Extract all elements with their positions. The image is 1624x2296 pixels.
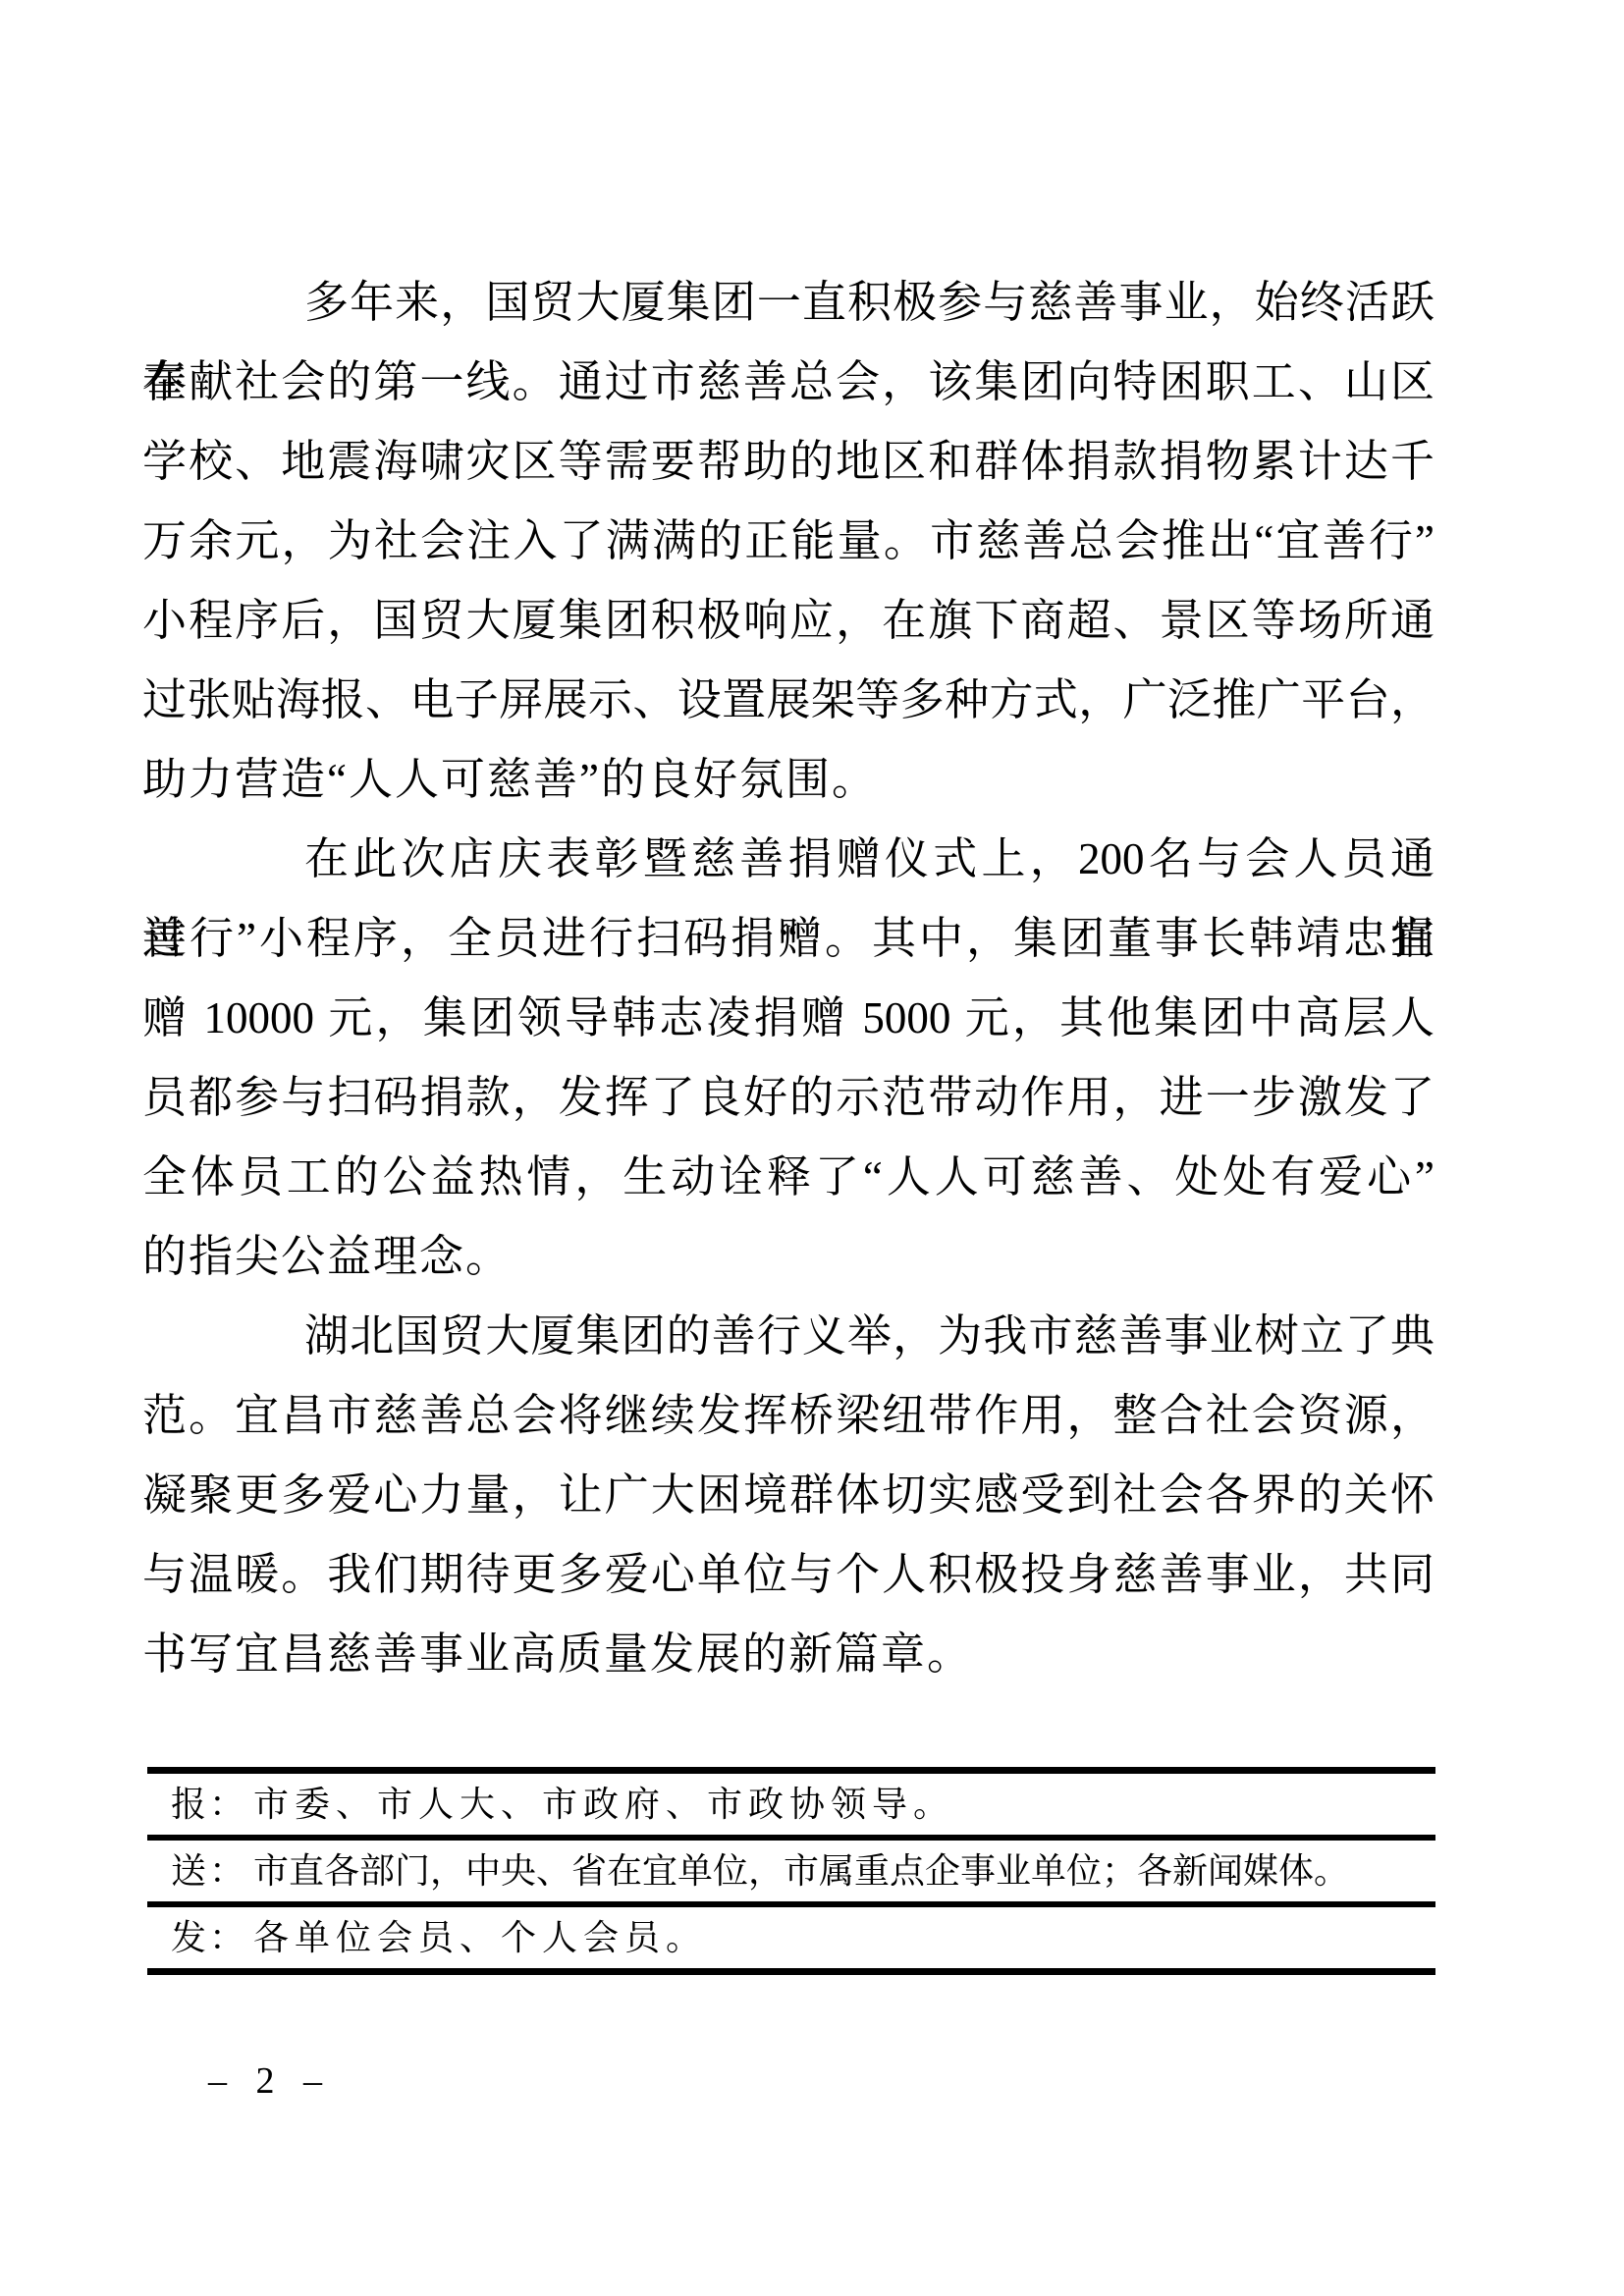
body-line: 万余元，为社会注入了满满的正能量。市慈善总会推出“宜善行”: [142, 502, 1435, 581]
body-line: 湖北国贸大厦集团的善行义举，为我市慈善事业树立了典: [142, 1297, 1435, 1376]
body-line: 范。宜昌市慈善总会将继续发挥桥梁纽带作用，整合社会资源，: [142, 1376, 1435, 1456]
distribution-row-report: 报：市委、市人大、市政府、市政协领导。: [147, 1774, 1435, 1841]
body-line: 的指尖公益理念。: [142, 1217, 1435, 1297]
distribution-row-issue: 发：各单位会员、个人会员。: [147, 1907, 1435, 1968]
body-line: 员都参与扫码捐款，发挥了良好的示范带动作用，进一步激发了: [142, 1058, 1435, 1138]
body-line: 小程序后，国贸大厦集团积极响应，在旗下商超、景区等场所通: [142, 581, 1435, 661]
body-line: 奉献社会的第一线。通过市慈善总会，该集团向特困职工、山区: [142, 343, 1435, 422]
document-page: 多年来，国贸大厦集团一直积极参与慈善事业，始终活跃在 奉献社会的第一线。通过市慈…: [0, 0, 1624, 2296]
body-line: 学校、地震海啸灾区等需要帮助的地区和群体捐款捐物累计达千: [142, 422, 1435, 502]
distribution-label-report: 报：: [171, 1785, 247, 1824]
body-line: 善行”小程序，全员进行扫码捐赠。其中，集团董事长韩靖忠捐: [142, 899, 1435, 979]
body-line: 赠 10000 元，集团领导韩志凌捐赠 5000 元，其他集团中高层人: [142, 979, 1435, 1058]
body-line: 与温暖。我们期待更多爱心单位与个人积极投身慈善事业，共同: [142, 1535, 1435, 1615]
body-line: 多年来，国贸大厦集团一直积极参与慈善事业，始终活跃在: [142, 263, 1435, 343]
body-line: 全体员工的公益热情，生动诠释了“人人可慈善、处处有爱心”: [142, 1138, 1435, 1217]
distribution-row-send: 送：市直各部门，中央、省在宜单位，市属重点企事业单位；各新闻媒体。: [147, 1841, 1435, 1907]
distribution-table: 报：市委、市人大、市政府、市政协领导。 送：市直各部门，中央、省在宜单位，市属重…: [147, 1767, 1435, 1975]
distribution-label-issue: 发：: [171, 1918, 247, 1957]
distribution-label-send: 送：: [171, 1851, 247, 1891]
body-line: 在此次店庆表彰暨慈善捐赠仪式上，200名与会人员通过“宜: [142, 820, 1435, 899]
page-number: – 2 –: [208, 2059, 332, 2103]
body-line: 凝聚更多爱心力量，让广大困境群体切实感受到社会各界的关怀: [142, 1456, 1435, 1535]
distribution-content-issue: 各单位会员、个人会员。: [253, 1918, 707, 1957]
distribution-content-send: 市直各部门，中央、省在宜单位，市属重点企事业单位；各新闻媒体。: [253, 1851, 1349, 1891]
distribution-content-report: 市委、市人大、市政府、市政协领导。: [253, 1785, 954, 1824]
body-line: 过张贴海报、电子屏展示、设置展架等多种方式，广泛推广平台，: [142, 661, 1435, 740]
body-line: 助力营造“人人可慈善”的良好氛围。: [142, 740, 1435, 820]
body-line: 书写宜昌慈善事业高质量发展的新篇章。: [142, 1615, 1435, 1694]
document-body: 多年来，国贸大厦集团一直积极参与慈善事业，始终活跃在 奉献社会的第一线。通过市慈…: [142, 263, 1435, 1694]
